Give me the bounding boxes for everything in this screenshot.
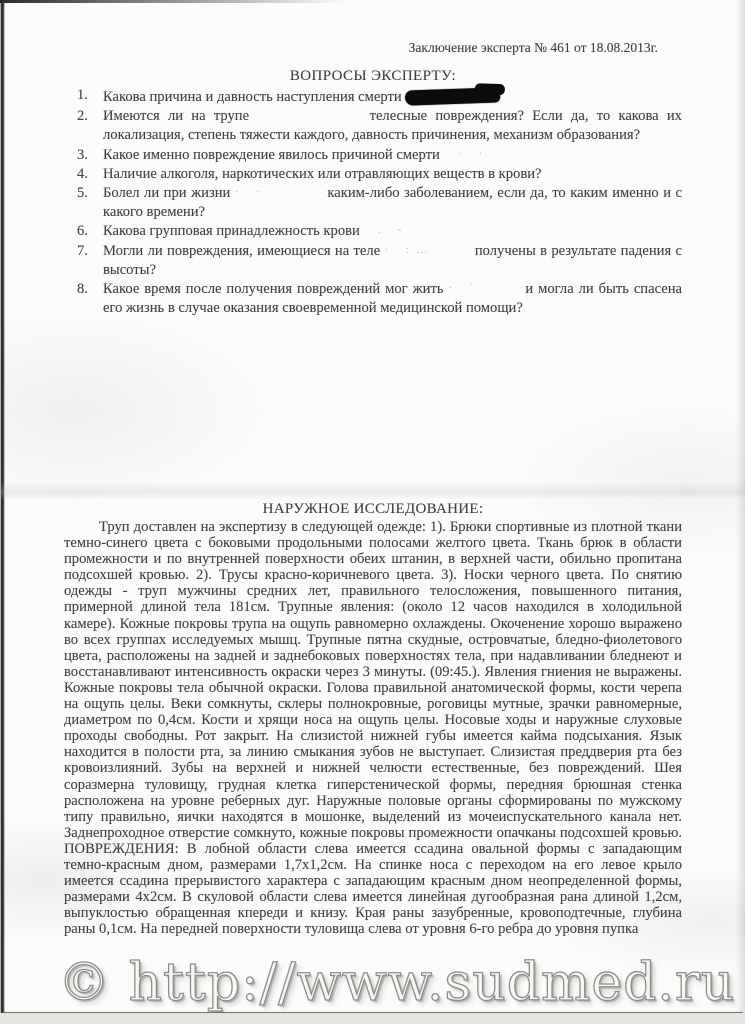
external-exam-paragraph: Труп доставлен на экспертизу в следующей…	[64, 519, 682, 937]
scanned-document-page: Заключение эксперта № 461 от 18.08.2013г…	[0, 0, 745, 1024]
erased-text-gap: · ˙	[448, 280, 520, 282]
question-text: Могли ли повреждения, имеющиеся на теле	[103, 243, 380, 259]
questions-section-title: ВОПРОСЫ ЭКСПЕРТУ:	[64, 68, 682, 85]
question-number: 1.	[77, 86, 88, 105]
sudmed-watermark: © http://www.sudmed.ru	[58, 953, 735, 1013]
erased-text-trace: · ˙	[448, 278, 480, 297]
question-text: Болел ли при жизни	[103, 185, 230, 201]
scan-edge-top	[0, 0, 345, 3]
question-text: Имеются ли на трупе	[103, 108, 249, 124]
question-item-2: 2.Имеются ли на трупе телесные поврежден…	[64, 107, 682, 145]
question-text: Какова причина и давность наступления см…	[103, 89, 402, 105]
question-item-7: 7.Могли ли повреждения, имеющиеся на тел…	[64, 242, 682, 280]
question-item-8: 8.Какое время после получения повреждени…	[64, 280, 682, 318]
erased-text-trace: · :…	[385, 240, 435, 259]
question-item-6: 6.Какова групповая принадлежность крови …	[64, 222, 682, 241]
question-number: 7.	[77, 242, 88, 261]
erased-text-gap	[363, 233, 377, 235]
erased-text-trace: . -	[377, 220, 408, 239]
questions-list: 1.Какова причина и давность наступления …	[64, 86, 682, 318]
erased-text-gap: · ·	[235, 184, 323, 186]
redaction-mark	[405, 87, 500, 105]
question-number: 2.	[77, 107, 88, 126]
document-header-note: Заключение эксперта № 461 от 18.08.2013г…	[0, 40, 658, 56]
scan-edge-right	[736, 0, 745, 1013]
external-exam-section-title: НАРУЖНОЕ ИССЛЕДОВАНИЕ:	[64, 501, 682, 518]
scan-edge-left	[0, 0, 5, 1013]
question-number: 8.	[77, 280, 88, 299]
question-number: 5.	[77, 184, 88, 203]
question-item-5: 5.Болел ли при жизни · · каким-либо забо…	[64, 184, 682, 222]
question-item-1: 1.Какова причина и давность наступления …	[64, 86, 682, 107]
erased-text-gap	[443, 157, 457, 159]
erased-text-trace: · ·	[457, 144, 489, 163]
question-number: 6.	[77, 222, 88, 241]
question-number: 4.	[77, 165, 88, 184]
question-text: Какое время после получения повреждений …	[103, 281, 444, 297]
question-text: Какова групповая принадлежность крови	[103, 223, 360, 239]
question-text: Какое именно повреждение явилось причино…	[103, 147, 440, 163]
question-number: 3.	[77, 146, 88, 165]
erased-text-gap: · :…	[385, 242, 471, 244]
erased-text-trace: · ·	[235, 182, 267, 201]
question-text: Наличие алкоголя, наркотических или отра…	[103, 166, 542, 182]
question-item-3: 3.Какое именно повреждение явилось причи…	[64, 146, 682, 165]
erased-text-gap	[257, 118, 361, 120]
paper-crease	[0, 482, 745, 500]
scan-bottom-band	[0, 1013, 745, 1024]
question-item-4: 4.Наличие алкоголя, наркотических или от…	[64, 165, 682, 184]
